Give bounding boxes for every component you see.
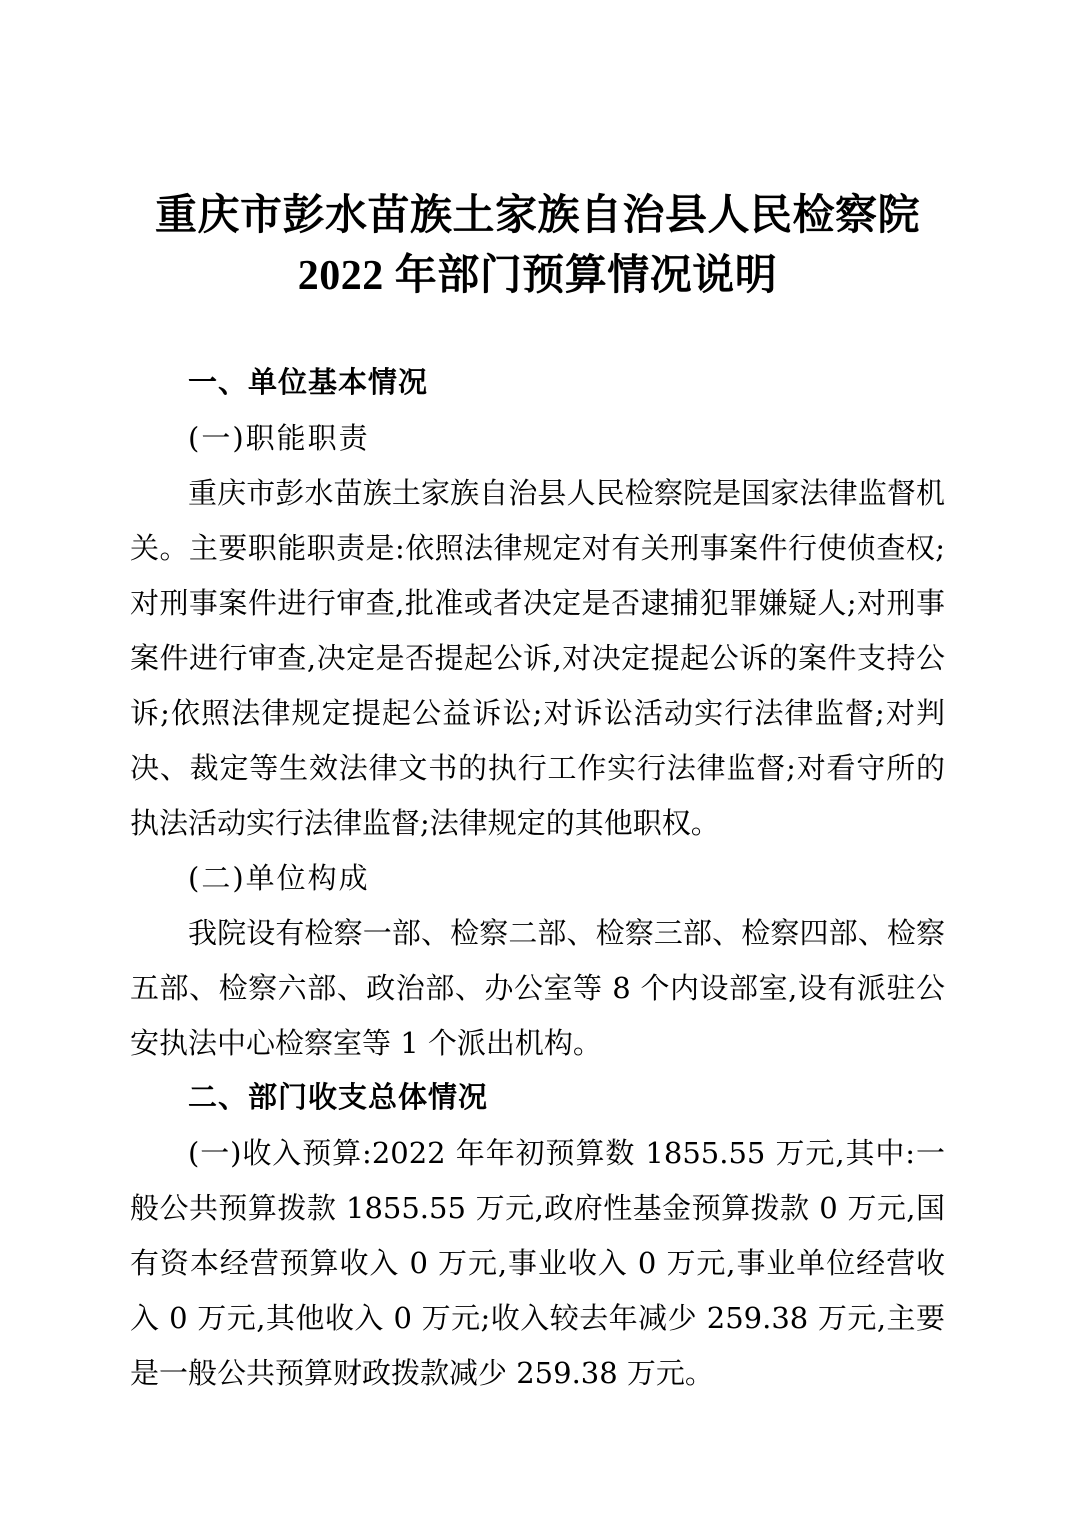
document-title: 重庆市彭水苗族土家族自治县人民检察院 2022 年部门预算情况说明 (130, 186, 945, 306)
section-heading-budget-overview: 二、部门收支总体情况 (130, 1071, 945, 1126)
subsection-heading-duties: (一)职能职责 (130, 411, 945, 466)
document-body: 一、单位基本情况 (一)职能职责 重庆市彭水苗族土家族自治县人民检察院是国家法律… (130, 356, 945, 1401)
paragraph-structure: 我院设有检察一部、检察二部、检察三部、检察四部、检察五部、检察六部、政治部、办公… (130, 906, 945, 1071)
document-page: 重庆市彭水苗族土家族自治县人民检察院 2022 年部门预算情况说明 一、单位基本… (0, 0, 1074, 1520)
title-line-1: 重庆市彭水苗族土家族自治县人民检察院 (130, 186, 945, 246)
subsection-heading-structure: (二)单位构成 (130, 851, 945, 906)
paragraph-income-budget: (一)收入预算:2022 年年初预算数 1855.55 万元,其中:一般公共预算… (130, 1126, 945, 1401)
paragraph-duties: 重庆市彭水苗族土家族自治县人民检察院是国家法律监督机关。主要职能职责是:依照法律… (130, 466, 945, 851)
title-line-2: 2022 年部门预算情况说明 (130, 246, 945, 306)
section-heading-basic-info: 一、单位基本情况 (130, 356, 945, 411)
